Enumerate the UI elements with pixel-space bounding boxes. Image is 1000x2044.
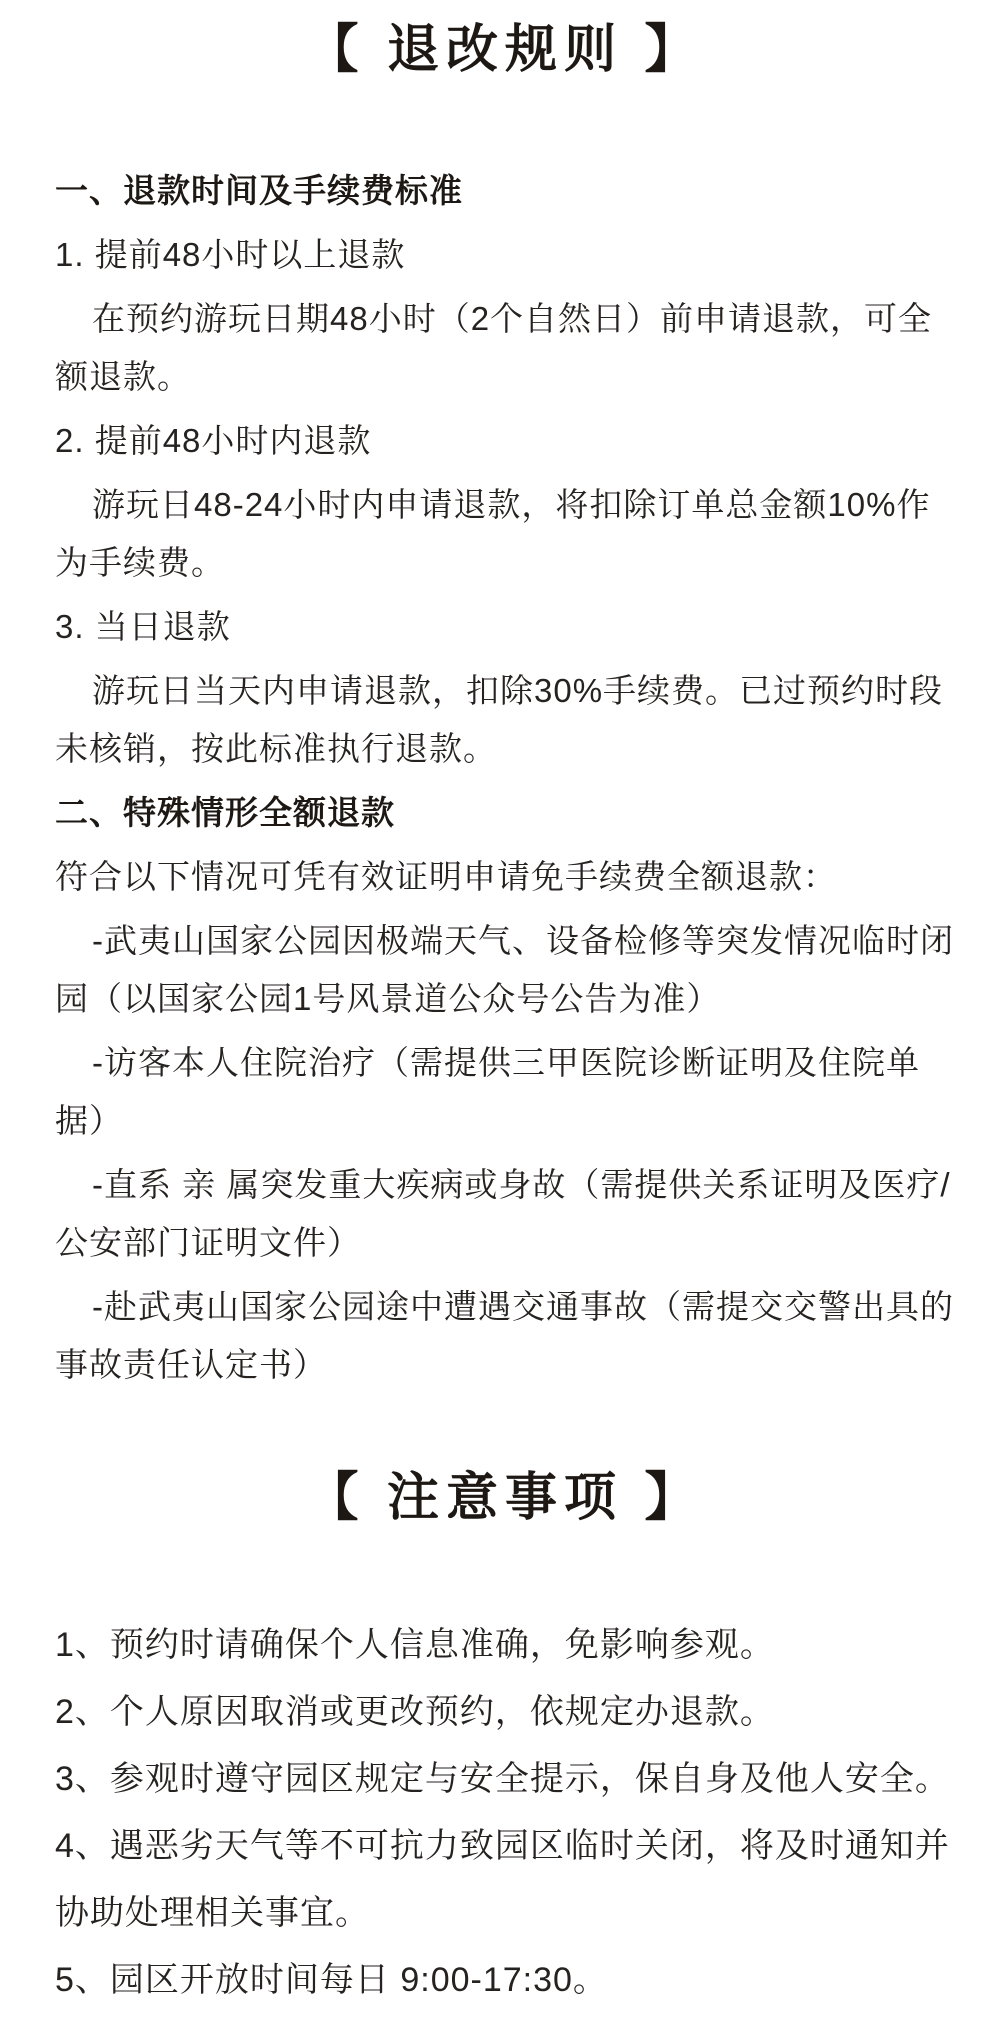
refund-item-3-label: 3. 当日退款 [55, 598, 955, 656]
notice-1: 1、预约时请确保个人信息准确，免影响参观。 [55, 1612, 955, 1679]
refund-heading-time-and-fee: 一、退款时间及手续费标准 [55, 162, 955, 220]
special-case-traffic-accident: -赴武夷山国家公园途中遭遇交通事故（需提交交警出具的事故责任认定书） [55, 1278, 955, 1394]
refund-rules-title: 【 退改规则 】 [55, 18, 955, 82]
notice-2: 2、个人原因取消或更改预约，依规定办退款。 [55, 1679, 955, 1746]
special-case-family-emergency: -直系 亲 属突发重大疾病或身故（需提供关系证明及医疗/公安部门证明文件） [55, 1156, 955, 1272]
notice-4: 4、遇恶劣天气等不可抗力致园区临时关闭，将及时通知并协助处理相关事宜。 [55, 1813, 955, 1947]
special-case-hospitalization: -访客本人住院治疗（需提供三甲医院诊断证明及住院单据） [55, 1034, 955, 1150]
notice-3: 3、参观时遵守园区规定与安全提示，保自身及他人安全。 [55, 1746, 955, 1813]
special-case-park-closure: -武夷山国家公园因极端天气、设备检修等突发情况临时闭园（以国家公园1号风景道公众… [55, 912, 955, 1028]
refund-heading-special-cases: 二、特殊情形全额退款 [55, 784, 955, 842]
refund-item-2-label: 2. 提前48小时内退款 [55, 412, 955, 470]
refund-item-1-label: 1. 提前48小时以上退款 [55, 226, 955, 284]
refund-item-1-detail: 在预约游玩日期48小时（2个自然日）前申请退款，可全额退款。 [55, 290, 955, 406]
special-cases-intro: 符合以下情况可凭有效证明申请免手续费全额退款： [55, 848, 955, 906]
notice-5: 5、园区开放时间每日 9:00-17:30。 [55, 1947, 955, 2014]
refund-item-3-detail: 游玩日当天内申请退款，扣除30%手续费。已过预约时段未核销，按此标准执行退款。 [55, 662, 955, 778]
refund-item-2-detail: 游玩日48-24小时内申请退款，将扣除订单总金额10%作为手续费。 [55, 476, 955, 592]
notices-title: 【 注意事项 】 [55, 1466, 955, 1530]
document-page: 【 退改规则 】 一、退款时间及手续费标准 1. 提前48小时以上退款 在预约游… [0, 0, 1000, 2044]
